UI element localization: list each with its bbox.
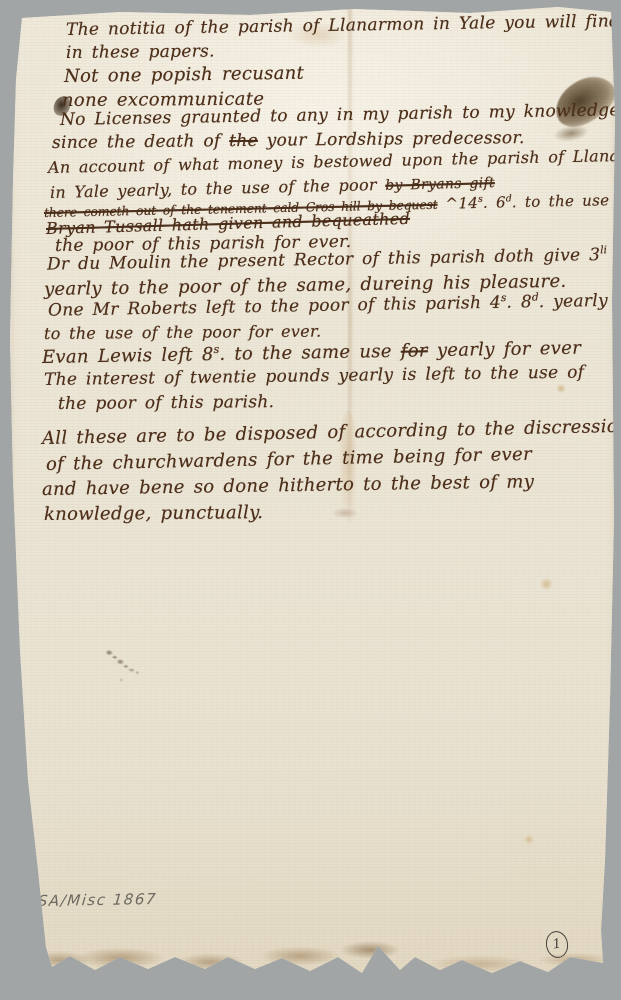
struck-text: by Bryans gift <box>385 175 495 194</box>
manuscript-text: ^14 <box>437 194 478 213</box>
manuscript-text: . yearly <box>539 291 609 312</box>
manuscript-line: and have bene so done hitherto to the be… <box>42 471 534 500</box>
faint-stain <box>332 508 358 518</box>
superscript-text: li <box>600 244 607 256</box>
archive-reference: SA/Misc 1867 <box>37 890 158 910</box>
manuscript-page: The notitia of the parish of Llanarmon i… <box>0 0 621 1000</box>
ink-smudge <box>94 641 150 688</box>
manuscript-text: . to the same use <box>219 341 401 365</box>
manuscript-text: . to the use of <box>512 191 621 212</box>
torn-edge-stains <box>0 930 621 985</box>
struck-text: the <box>229 131 258 151</box>
struck-text: for <box>401 340 428 361</box>
manuscript-text: since the death of <box>52 131 229 153</box>
manuscript-text: . 6 <box>483 193 506 211</box>
manuscript-text: Evan Lewis left 8 <box>42 344 214 368</box>
manuscript-line: the poor of this parish. <box>58 392 274 414</box>
manuscript-line: knowledge, punctually. <box>44 502 263 525</box>
manuscript-text: your Lordships predecessor. <box>258 128 525 151</box>
manuscript-line: All these are to be disposed of accordin… <box>42 416 621 449</box>
manuscript-line: The interest of twentie pounds yearly is… <box>44 362 585 390</box>
manuscript-line: to the use of the poor for ever. <box>44 322 322 343</box>
manuscript-line: Not one popish recusant <box>64 63 304 87</box>
foxing-spot <box>524 835 534 844</box>
manuscript-line: in these papers. <box>66 41 215 63</box>
manuscript-text: yearly for ever <box>428 338 582 362</box>
photograph-background: The notitia of the parish of Llanarmon i… <box>0 0 621 1000</box>
manuscript-line: of the churchwardens for the time being … <box>46 444 532 475</box>
page-number-circle: 1 <box>544 929 570 959</box>
manuscript-text: . 8 <box>506 292 532 312</box>
foxing-spot <box>556 384 566 393</box>
foxing-spot <box>540 578 553 590</box>
